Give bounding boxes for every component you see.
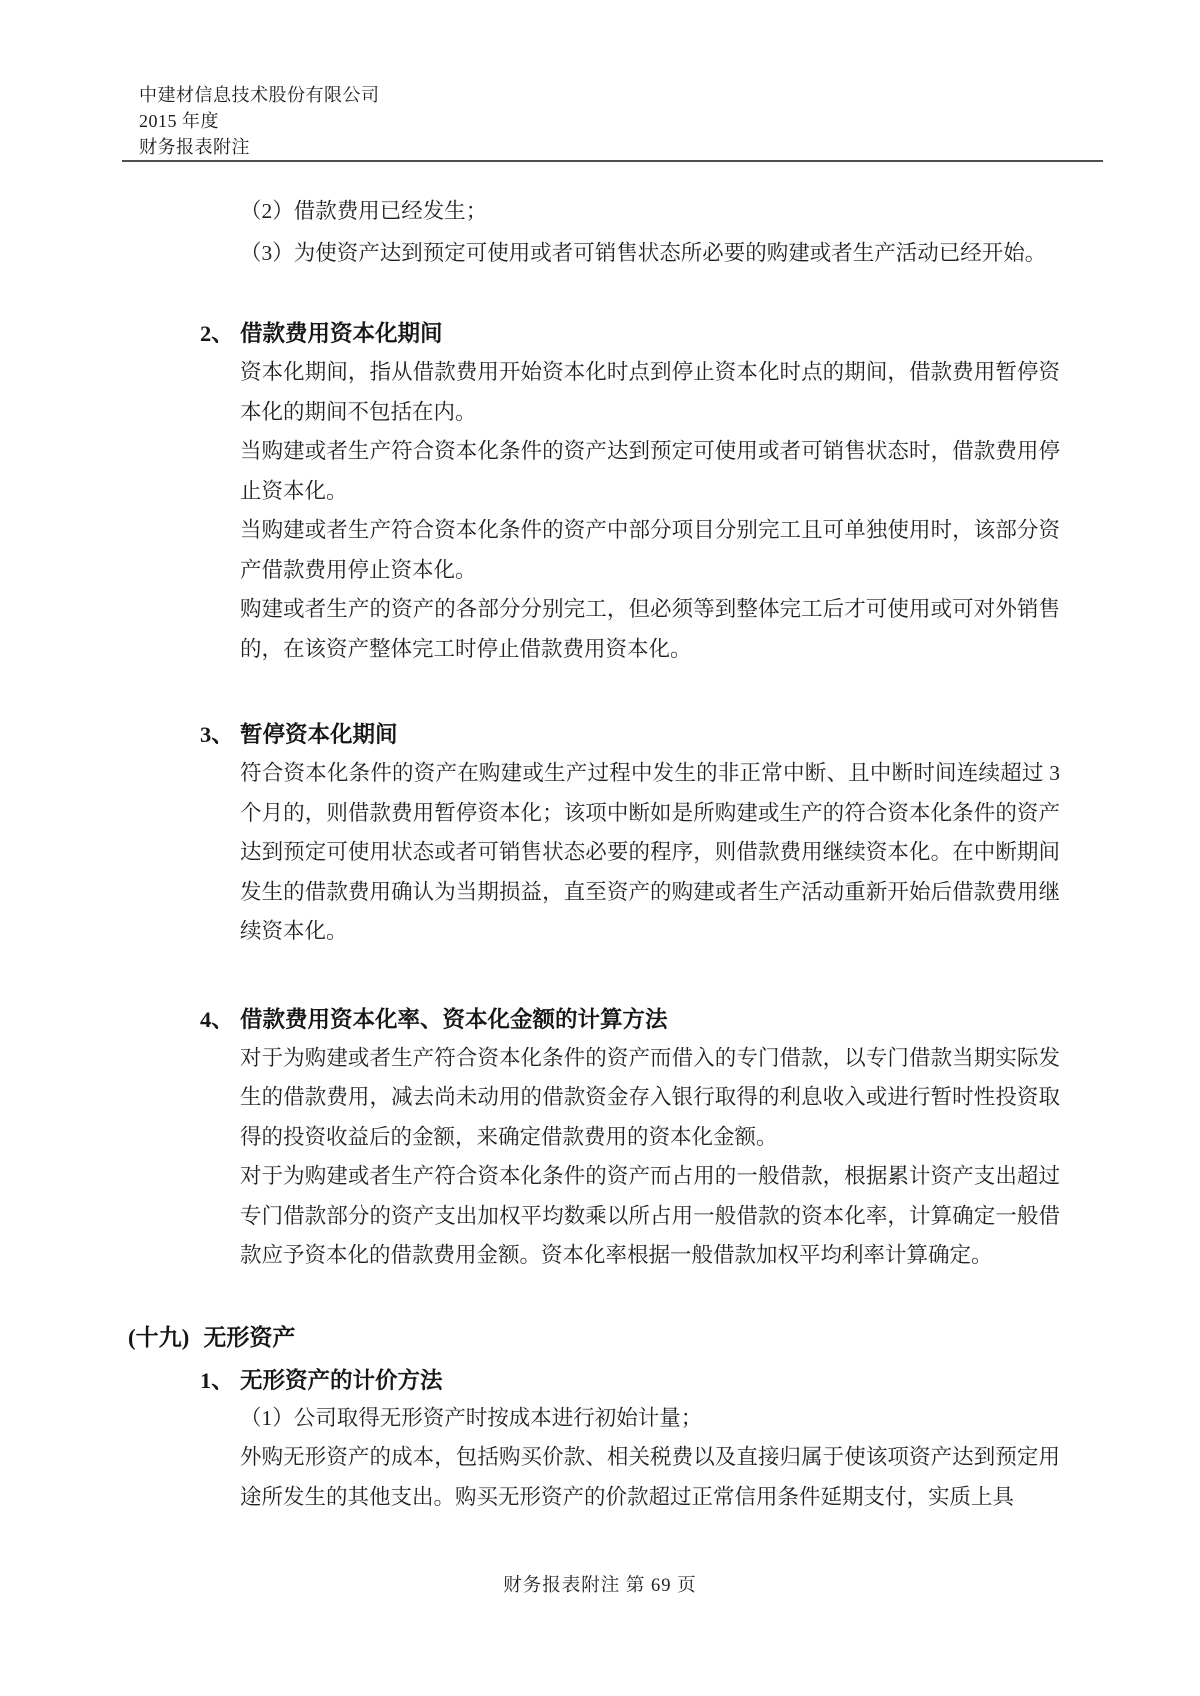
section-title: 借款费用资本化率、资本化金额的计算方法 <box>240 1004 668 1036</box>
chapter-title: 无形资产 <box>203 1321 295 1355</box>
section-heading: 3、 暂停资本化期间 <box>200 719 1200 751</box>
section-number: 1、 <box>200 1365 240 1397</box>
chapter-number: (十九) <box>128 1321 189 1355</box>
page-header: 中建材信息技术股份有限公司 2015 年度 财务报表附注 <box>139 82 380 160</box>
paragraph: （1）公司取得无形资产时按成本进行初始计量； <box>240 1399 1060 1439</box>
document-page: 中建材信息技术股份有限公司 2015 年度 财务报表附注 （2）借款费用已经发生… <box>0 0 1200 1696</box>
section-body: （1）公司取得无形资产时按成本进行初始计量； 外购无形资产的成本，包括购买价款、… <box>0 1399 1200 1518</box>
numbered-list-item: （2）借款费用已经发生； <box>240 190 1200 232</box>
section-heading: 1、 无形资产的计价方法 <box>200 1365 1200 1397</box>
section-body: 对于为购建或者生产符合资本化条件的资产而借入的专门借款，以专门借款当期实际发生的… <box>0 1039 1200 1276</box>
section-title: 借款费用资本化期间 <box>240 318 443 350</box>
paragraph: 外购无形资产的成本，包括购买价款、相关税费以及直接归属于使该项资产达到预定用途所… <box>240 1438 1060 1517</box>
section-title: 无形资产的计价方法 <box>240 1365 443 1397</box>
paragraph: 对于为购建或者生产符合资本化条件的资产而借入的专门借款，以专门借款当期实际发生的… <box>240 1039 1060 1158</box>
section-heading: 2、 借款费用资本化期间 <box>200 318 1200 350</box>
paragraph: 当购建或者生产符合资本化条件的资产中部分项目分别完工且可单独使用时，该部分资产借… <box>240 511 1060 590</box>
section-body: 符合资本化条件的资产在购建或生产过程中发生的非正常中断、且中断时间连续超过 3 … <box>0 754 1200 952</box>
section-number: 4、 <box>200 1004 240 1036</box>
header-doc-title: 财务报表附注 <box>139 134 380 160</box>
document-body: （2）借款费用已经发生； （3）为使资产达到预定可使用或者可销售状态所必要的购建… <box>0 190 1200 1517</box>
paragraph: 购建或者生产的资产的各部分分别完工，但必须等到整体完工后才可使用或可对外销售的，… <box>240 590 1060 669</box>
paragraph: 对于为购建或者生产符合资本化条件的资产而占用的一般借款，根据累计资产支出超过专门… <box>240 1157 1060 1276</box>
section-title: 暂停资本化期间 <box>240 719 398 751</box>
paragraph: 当购建或者生产符合资本化条件的资产达到预定可使用或者可销售状态时，借款费用停止资… <box>240 432 1060 511</box>
header-fiscal-year: 2015 年度 <box>139 108 380 134</box>
section-number: 3、 <box>200 719 240 751</box>
header-company-name: 中建材信息技术股份有限公司 <box>139 82 380 108</box>
paragraph: 资本化期间，指从借款费用开始资本化时点到停止资本化时点的期间，借款费用暂停资本化… <box>240 353 1060 432</box>
numbered-list-item: （3）为使资产达到预定可使用或者可销售状态所必要的购建或者生产活动已经开始。 <box>240 232 1200 274</box>
paragraph: 符合资本化条件的资产在购建或生产过程中发生的非正常中断、且中断时间连续超过 3 … <box>240 754 1060 952</box>
header-divider <box>122 160 1103 162</box>
section-number: 2、 <box>200 318 240 350</box>
section-heading: 4、 借款费用资本化率、资本化金额的计算方法 <box>200 1004 1200 1036</box>
page-footer: 财务报表附注 第 69 页 <box>0 1571 1200 1597</box>
section-body: 资本化期间，指从借款费用开始资本化时点到停止资本化时点的期间，借款费用暂停资本化… <box>0 353 1200 669</box>
chapter-heading: (十九) 无形资产 <box>128 1321 1200 1355</box>
footer-page-label: 财务报表附注 第 69 页 <box>503 1576 696 1596</box>
